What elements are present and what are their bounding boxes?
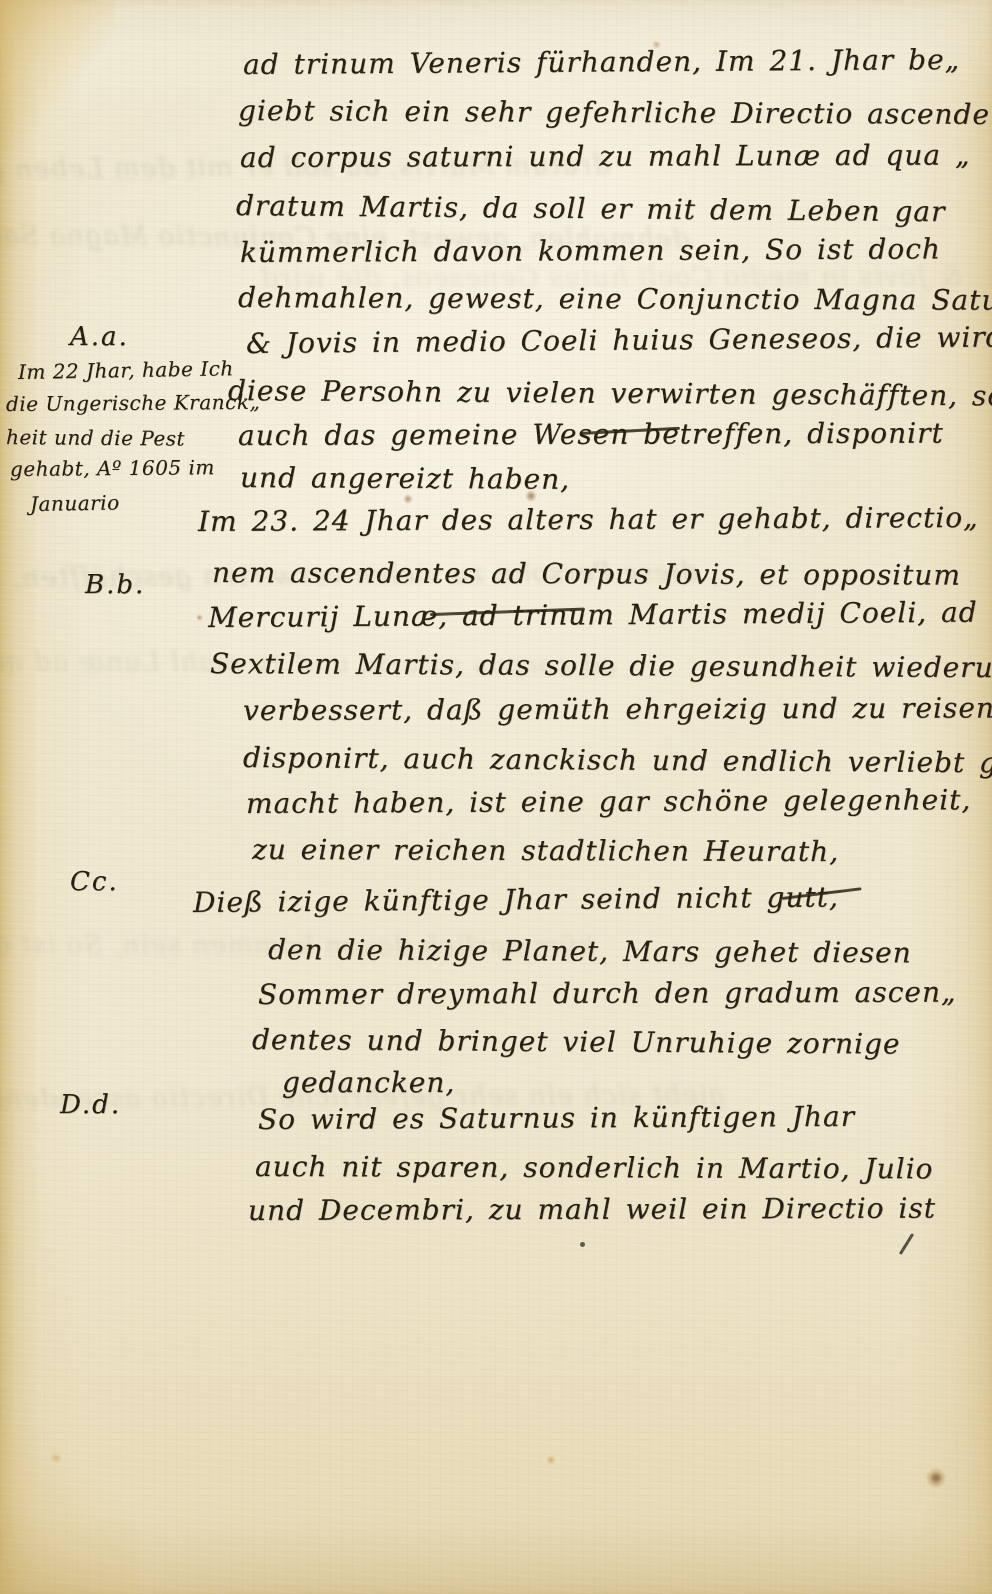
page-edge-top-left xyxy=(0,0,115,150)
manuscript-line: ad trinum Veneris fürhanden, Im 21. Jhar… xyxy=(243,43,960,81)
manuscript-line: & Jovis in medio Coeli huius Geneseos, d… xyxy=(246,320,992,360)
stray-ink-mark xyxy=(899,1233,914,1255)
manuscript-line: disponirt, auch zanckisch und endlich ve… xyxy=(243,741,992,780)
manuscript-line: Im 23. 24 Jhar des alters hat er gehabt,… xyxy=(198,501,979,538)
manuscript-line: ad corpus saturni und zu mahl Lunæ ad qu… xyxy=(240,138,971,174)
stain-spot xyxy=(196,614,203,621)
manuscript-line: nem ascendentes ad Corpus Jovis, et oppo… xyxy=(212,556,961,592)
manuscript-line: dehmahlen, gewest, eine Conjunctio Magna… xyxy=(238,281,992,317)
margin-note-line: Januario xyxy=(30,490,120,516)
stain-spot xyxy=(546,1455,556,1465)
margin-label-a: A.a. xyxy=(70,322,129,352)
manuscript-line: Sommer dreymahl durch den gradum ascen„ xyxy=(258,976,957,1011)
manuscript-line: auch nit sparen, sonderlich in Martio, J… xyxy=(255,1150,934,1185)
margin-note-line: gehabt, Aº 1605 im xyxy=(10,455,215,481)
manuscript-line: und angereizt haben, xyxy=(240,461,570,496)
manuscript-line: dratum Martis, da soll er mit dem Leben … xyxy=(236,189,946,228)
margin-note-line: heit und die Pest xyxy=(6,425,185,451)
stray-ink-mark xyxy=(580,1242,585,1247)
manuscript-line: diese Persohn zu vielen verwirten geschä… xyxy=(228,374,992,412)
manuscript-line: Dieß izige künftige Jhar seind nicht gut… xyxy=(193,880,839,919)
margin-label-d: D.d. xyxy=(60,1090,121,1120)
manuscript-page: dratum Martis, da soll er mit dem Leben … xyxy=(0,0,992,1594)
manuscript-line: den die hizige Planet, Mars gehet diesen xyxy=(268,933,912,969)
manuscript-line: Mercurij Lunæ, ad trinum Martis medij Co… xyxy=(208,596,978,634)
margin-label-c: Cc. xyxy=(70,867,119,897)
manuscript-line: macht haben, ist eine gar schöne gelegen… xyxy=(246,783,971,820)
manuscript-line: und Decembri, zu mahl weil ein Directio … xyxy=(248,1192,936,1227)
manuscript-line: verbessert, daß gemüth ehrgeizig und zu … xyxy=(243,691,992,727)
manuscript-line: gedancken, xyxy=(282,1066,455,1099)
manuscript-line: Sextilem Martis, das solle die gesundhei… xyxy=(210,647,992,684)
manuscript-line: giebt sich ein sehr gefehrliche Directio… xyxy=(238,94,992,131)
stain-spot xyxy=(926,1468,946,1488)
page-edge-bottom-left xyxy=(0,1424,140,1594)
manuscript-line: zu einer reichen stadtlichen Heurath, xyxy=(252,833,839,868)
margin-note-line: die Ungerische Kranck„ xyxy=(6,390,260,416)
margin-label-b: B.b. xyxy=(85,570,145,600)
manuscript-line: kümmerlich davon kommen sein, So ist doc… xyxy=(240,232,941,269)
manuscript-line: So wird es Saturnus in künftigen Jhar xyxy=(258,1100,855,1136)
stain-spot xyxy=(403,494,413,504)
margin-note-line: Im 22 Jhar, habe Ich xyxy=(18,356,234,384)
manuscript-line: dentes und bringet viel Unruhige zornige xyxy=(252,1023,901,1061)
stain-spot xyxy=(50,1452,62,1464)
